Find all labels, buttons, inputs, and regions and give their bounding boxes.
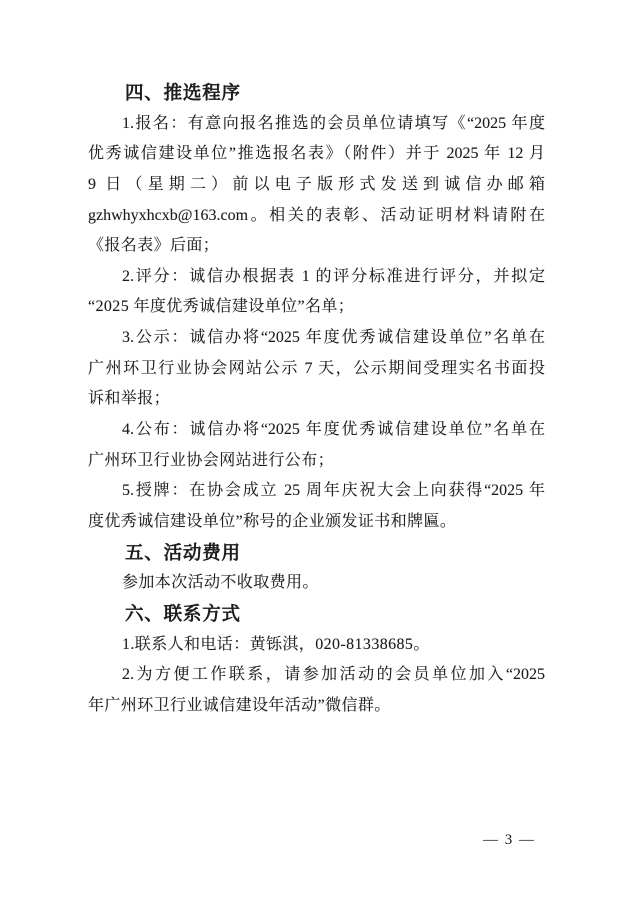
document-page: 四、推选程序1.报名：有意向报名推选的会员单位请填写《“2025 年度优秀诚信建… [0,0,636,900]
page-number: — 3 — [483,832,536,849]
text-line: 9 日（星期二）前以电子版形式发送到诚信办邮箱 [88,170,545,201]
text-line: 优秀诚信建设单位”推选报名表》（附件）并于 2025 年 12 月 [88,139,545,170]
text-line: 1.联系人和电话：黄铄淇，020-81338685。 [88,630,545,661]
section-heading: 五、活动费用 [88,538,545,569]
text-line: 2.评分：诚信办根据表 1 的评分标准进行评分，并拟定 [88,262,545,293]
text-line: 度优秀诚信建设单位”称号的企业颁发证书和牌匾。 [88,507,545,538]
text-line: 参加本次活动不收取费用。 [88,568,545,599]
section-heading: 四、推选程序 [88,78,545,109]
text-line: 诉和举报； [88,384,545,415]
text-line: 5.授牌：在协会成立 25 周年庆祝大会上向获得“2025 年 [88,476,545,507]
text-line: gzhwhyxhcxb@163.com。相关的表彰、活动证明材料请附在 [88,201,545,232]
section-heading: 六、联系方式 [88,599,545,630]
text-line: “2025 年度优秀诚信建设单位”名单； [88,292,545,323]
document-content: 四、推选程序1.报名：有意向报名推选的会员单位请填写《“2025 年度优秀诚信建… [88,78,545,721]
text-line: 3.公示：诚信办将“2025 年度优秀诚信建设单位”名单在 [88,323,545,354]
text-line: 1.报名：有意向报名推选的会员单位请填写《“2025 年度 [88,109,545,140]
text-line: 《报名表》后面； [88,231,545,262]
text-line: 4.公布：诚信办将“2025 年度优秀诚信建设单位”名单在 [88,415,545,446]
text-line: 广州环卫行业协会网站进行公布； [88,446,545,477]
text-line: 2.为方便工作联系，请参加活动的会员单位加入“2025 [88,660,545,691]
text-line: 广州环卫行业协会网站公示 7 天，公示期间受理实名书面投 [88,354,545,385]
text-line: 年广州环卫行业诚信建设年活动”微信群。 [88,691,545,722]
